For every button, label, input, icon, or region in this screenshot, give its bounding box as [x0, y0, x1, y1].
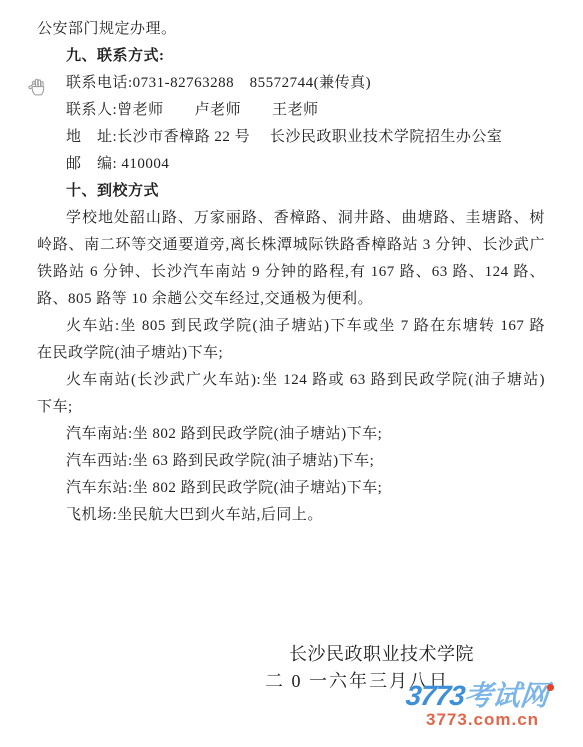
text-line: 十、到校方式	[37, 178, 545, 205]
document-body: 公安部门规定办理。九、联系方式:联系电话:0731-82763288 85572…	[37, 16, 545, 529]
text-line: 路、805 路等 10 余趟公交车经过,交通极为便利。	[37, 286, 545, 313]
text-line: 飞机场:坐民航大巴到火车站,后同上。	[37, 502, 545, 529]
text-line: 公安部门规定办理。	[37, 16, 545, 43]
text-line: 联系电话:0731-82763288 85572744(兼传真)	[37, 70, 545, 97]
text-line: 九、联系方式:	[37, 43, 545, 70]
text-line: 在民政学院(油子塘站)下车;	[37, 340, 545, 367]
watermark-logo: 3773考试网	[404, 681, 583, 711]
text-line: 铁路站 6 分钟、长沙汽车南站 9 分钟的路程,有 167 路、63 路、124…	[37, 259, 545, 286]
text-line: 火车站:坐 805 到民政学院(油子塘站)下车或坐 7 路在东塘转 167 路	[37, 313, 545, 340]
text-line: 汽车南站:坐 802 路到民政学院(油子塘站)下车;	[37, 421, 545, 448]
signature-organization: 长沙民政职业技术学院	[289, 641, 474, 668]
text-line: 汽车东站:坐 802 路到民政学院(油子塘站)下车;	[37, 475, 545, 502]
text-line: 下车;	[37, 394, 545, 421]
text-line: 火车南站(长沙武广火车站):坐 124 路或 63 路到民政学院(油子塘站)	[37, 367, 545, 394]
watermark-logo-name: 考试网	[463, 680, 550, 711]
watermark-url: 3773.com.cn	[426, 711, 583, 728]
document-page: 公安部门规定办理。九、联系方式:联系电话:0731-82763288 85572…	[0, 0, 583, 747]
site-watermark: 3773考试网 3773.com.cn	[406, 681, 583, 728]
text-line: 学校地处韶山路、万家丽路、香樟路、洞井路、曲塘路、圭塘路、树木	[37, 205, 545, 232]
text-line: 地 址:长沙市香樟路 22 号 长沙民政职业技术学院招生办公室	[37, 124, 545, 151]
watermark-logo-number: 3773	[404, 680, 466, 711]
text-line: 邮 编: 410004	[37, 151, 545, 178]
text-line: 汽车西站:坐 63 路到民政学院(油子塘站)下车;	[37, 448, 545, 475]
text-line: 岭路、南二环等交通要道旁,离长株潭城际铁路香樟路站 3 分钟、长沙武广	[37, 232, 545, 259]
watermark-red-dot-icon	[547, 684, 554, 691]
text-line: 联系人:曾老师 卢老师 王老师	[37, 97, 545, 124]
